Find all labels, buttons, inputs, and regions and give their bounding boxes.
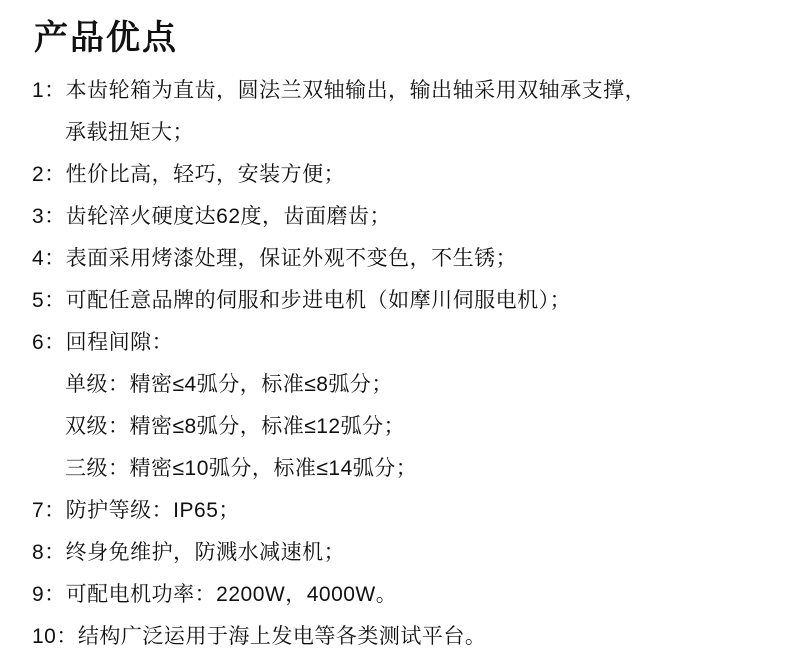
list-item-10: 10：结构广泛运用于海上发电等各类测试平台。 [32,616,772,658]
list-item-6: 6：回程间隙： [32,322,772,364]
list-item-8: 8：终身免维护，防溅水减速机； [32,532,772,574]
list-item-7: 7：防护等级：IP65； [32,490,772,532]
list-item-6-sub-double: 双级：精密≤8弧分，标准≤12弧分； [32,406,772,448]
list-item-3: 3：齿轮淬火硬度达62度，齿面磨齿； [32,196,772,238]
list-item-6-sub-single: 单级：精密≤4弧分，标准≤8弧分； [32,364,772,406]
list-item-1: 1：本齿轮箱为直齿，圆法兰双轴输出，输出轴采用双轴承支撑， [32,70,772,112]
advantages-list: 1：本齿轮箱为直齿，圆法兰双轴输出，输出轴采用双轴承支撑， 承载扭矩大； 2：性… [32,70,772,658]
list-item-2: 2：性价比高，轻巧，安装方便； [32,154,772,196]
product-advantages-page: 产品优点 1：本齿轮箱为直齿，圆法兰双轴输出，输出轴采用双轴承支撑， 承载扭矩大… [0,0,790,666]
list-item-4: 4：表面采用烤漆处理，保证外观不变色，不生锈； [32,238,772,280]
list-item-6-sub-triple: 三级：精密≤10弧分，标准≤14弧分； [32,448,772,490]
list-item-1-continued: 承载扭矩大； [32,112,772,154]
list-item-5: 5：可配任意品牌的伺服和步进电机（如摩川伺服电机）； [32,280,772,322]
list-item-9: 9：可配电机功率：2200W，4000W。 [32,574,772,616]
page-title: 产品优点 [32,16,772,60]
